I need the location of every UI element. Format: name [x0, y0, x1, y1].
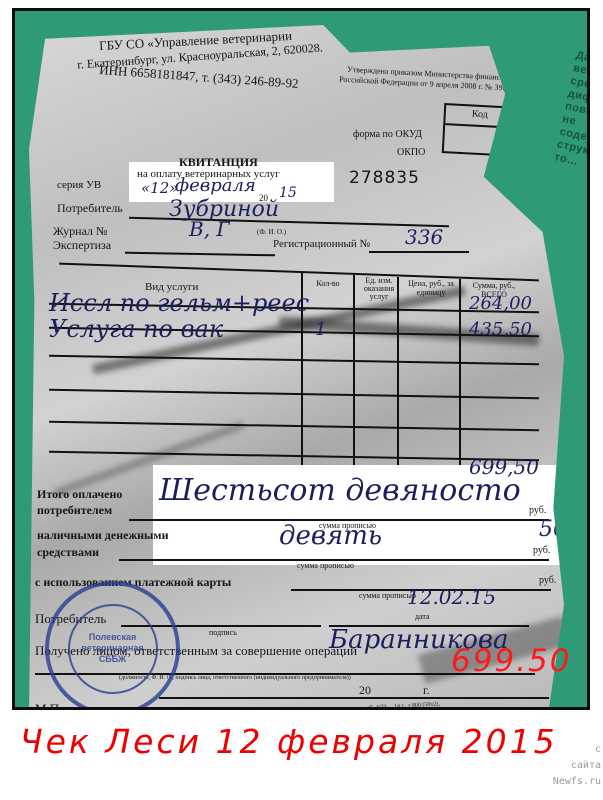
rub-label: руб.	[529, 505, 546, 516]
official-stamp: Полевская ветеринарная СББЖ	[45, 581, 180, 707]
reg-value: 336	[405, 225, 443, 249]
year-prefix: 20	[359, 683, 371, 698]
stamp-center: Полевская ветеринарная СББЖ	[68, 604, 158, 694]
org-inn-phone: ИНН 6658181847, т. (343) 246-89-92	[99, 62, 299, 92]
maker-info-1: ОАО «Росбланкиздат», а5, 4/23 ... 14 г.,…	[307, 702, 440, 707]
table-row-line	[49, 389, 539, 399]
table-row-2-service: Услуга по вак	[49, 315, 223, 343]
table-header-qty: Кол-во	[313, 279, 343, 288]
year-suffix: г.	[423, 683, 430, 698]
stamp-center-text: Полевская ветеринарная СББЖ	[70, 632, 156, 665]
mp-label: М.П.	[35, 701, 62, 707]
date-hint: дата	[415, 612, 430, 621]
date-day: «12»	[141, 179, 178, 197]
watermark-line: Newfs.ru	[553, 774, 601, 790]
receipt-number: 278835	[349, 168, 420, 188]
underline	[369, 251, 469, 253]
table-header-unit: Ед. изм. оказания услуг	[359, 277, 399, 301]
okpo-label: ОКПО	[397, 147, 425, 158]
consumer-label: Потребитель	[57, 201, 123, 216]
watermark-line: сайта	[553, 758, 601, 774]
series-label: серия УВ	[57, 179, 101, 191]
table-row-1-total: 264,00	[469, 293, 532, 314]
code-box: Код	[442, 103, 521, 157]
table-row-2-total: 435,50	[469, 319, 532, 340]
total-paid-label-2: потребителем	[37, 503, 112, 518]
underline	[125, 252, 275, 256]
underline	[159, 697, 549, 699]
watermark: с сайта Newfs.ru	[553, 742, 601, 790]
reg-label: Регистрационный №	[273, 238, 370, 250]
cash-handwritten: девять	[279, 521, 382, 551]
table-row-1-service: Иссл по гельм+реес	[49, 289, 309, 317]
watermark-line: с	[553, 742, 601, 758]
table-row-line	[49, 421, 539, 431]
table-header-price: Цена, руб., за единицу	[407, 279, 455, 297]
date-paid-value: 12.02.15	[407, 585, 496, 609]
code-label: Код	[472, 109, 489, 121]
cash-label-2: средствами	[37, 545, 99, 560]
signature-hint: подпись	[209, 628, 237, 637]
journal-value: В, Г	[189, 217, 230, 241]
receipt-photo: Данный ветеринар… средства… диффузно… по…	[15, 11, 587, 707]
photo-caption: Чек Леси 12 февраля 2015	[20, 722, 558, 761]
total-paid-label-1: Итого оплачено	[37, 487, 122, 502]
total-paid-handwritten: Шестьсот девяносто	[159, 473, 521, 508]
okud-label: форма по ОКУД	[353, 129, 422, 140]
table-top-line	[59, 263, 539, 281]
table-row-2-qty: 1	[315, 319, 326, 340]
date-month: февраля	[175, 175, 256, 196]
overlay-amount: 699.50	[451, 643, 571, 679]
divider	[445, 123, 517, 128]
table-col-divider	[353, 275, 355, 483]
table-row-line	[49, 451, 539, 461]
cash-label-1: наличными денежными	[37, 528, 169, 543]
cash-kop: 50	[539, 517, 567, 542]
journal-label: Журнал №	[53, 224, 107, 239]
sum-in-words-hint: сумма прописью	[297, 561, 354, 570]
date-year: 15	[279, 185, 297, 201]
fio-hint: (Ф. И. О.)	[257, 228, 286, 236]
expertise-label: Экспертиза	[53, 238, 111, 253]
rub-label: руб.	[533, 545, 550, 556]
photo-frame: Данный ветеринар… средства… диффузно… по…	[12, 8, 590, 710]
rub-label: руб.	[539, 575, 556, 586]
